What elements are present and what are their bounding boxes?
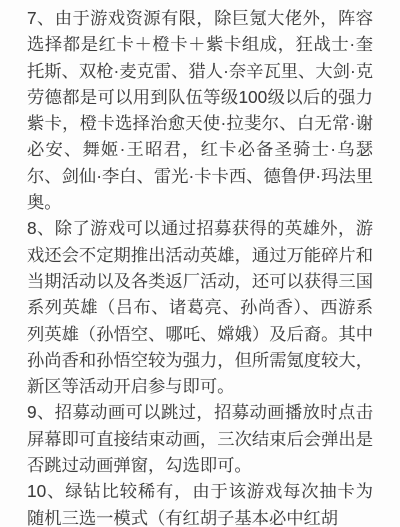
paragraph-tip-7: 7、由于游戏资源有限，除巨氪大佬外，阵容选择都是红卡＋橙卡＋紫卡组成，狂战士·奎… (27, 5, 373, 215)
paragraph-tip-10: 10、绿钻比较稀有，由于该游戏每次抽卡为随机三选一模式（有红胡子基本必中红胡 (27, 478, 373, 527)
article-text-page: 7、由于游戏资源有限，除巨氪大佬外，阵容选择都是红卡＋橙卡＋紫卡组成，狂战士·奎… (0, 0, 400, 527)
paragraph-tip-8: 8、除了游戏可以通过招募获得的英雄外，游戏还会不定期推出活动英雄，通过万能碎片和… (27, 215, 373, 399)
paragraph-tip-9: 9、招募动画可以跳过，招募动画播放时点击屏幕即可直接结束动画，三次结束后会弹出是… (27, 399, 373, 478)
